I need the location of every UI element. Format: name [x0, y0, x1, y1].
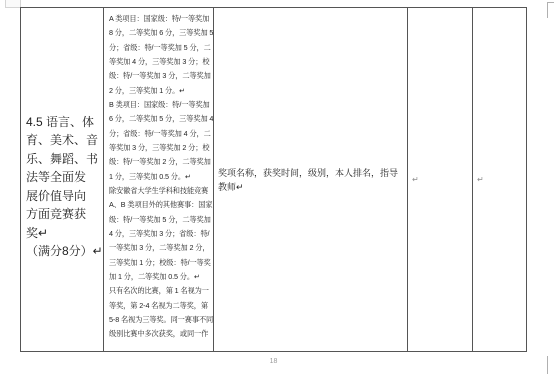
- cell-empty-1[interactable]: ↵: [408, 8, 473, 351]
- cell-criterion[interactable]: 4.5 语言、体 育、美术、音 乐、舞蹈、书 法等全面发 展价值导向 方面竞赛获…: [21, 8, 104, 351]
- crop-mark-top-right-cap: [547, 2, 554, 3]
- evaluation-table-row: 4.5 语言、体 育、美术、音 乐、舞蹈、书 法等全面发 展价值导向 方面竞赛获…: [20, 7, 527, 352]
- paragraph-mark-icon: ↵: [408, 175, 419, 184]
- cell-empty-2[interactable]: ↵: [473, 8, 526, 351]
- scoring-rules-text: A 类项目：国家级：特/一等奖加 8 分，二等奖加 6 分，三等奖加 5 分；省…: [104, 8, 213, 342]
- evidence-requirements-text: 奖项名称，获奖时间，级别，本人排名，指导 教师↵: [214, 166, 398, 194]
- crop-mark-top-right: [547, 2, 548, 18]
- page-number: 18: [20, 358, 527, 365]
- crop-mark-bottom-right: [547, 356, 548, 374]
- paragraph-mark-icon: ↵: [473, 175, 484, 184]
- cell-scoring-rules[interactable]: A 类项目：国家级：特/一等奖加 8 分，二等奖加 6 分，三等奖加 5 分；省…: [104, 8, 214, 351]
- cell-evidence-requirements[interactable]: 奖项名称，获奖时间，级别，本人排名，指导 教师↵: [214, 8, 408, 351]
- document-page: 4.5 语言、体 育、美术、音 乐、舞蹈、书 法等全面发 展价值导向 方面竞赛获…: [0, 0, 554, 374]
- page-boundary-mark-top-left: [5, 0, 21, 8]
- criterion-text: 4.5 语言、体 育、美术、音 乐、舞蹈、书 法等全面发 展价值导向 方面竞赛获…: [21, 113, 103, 261]
